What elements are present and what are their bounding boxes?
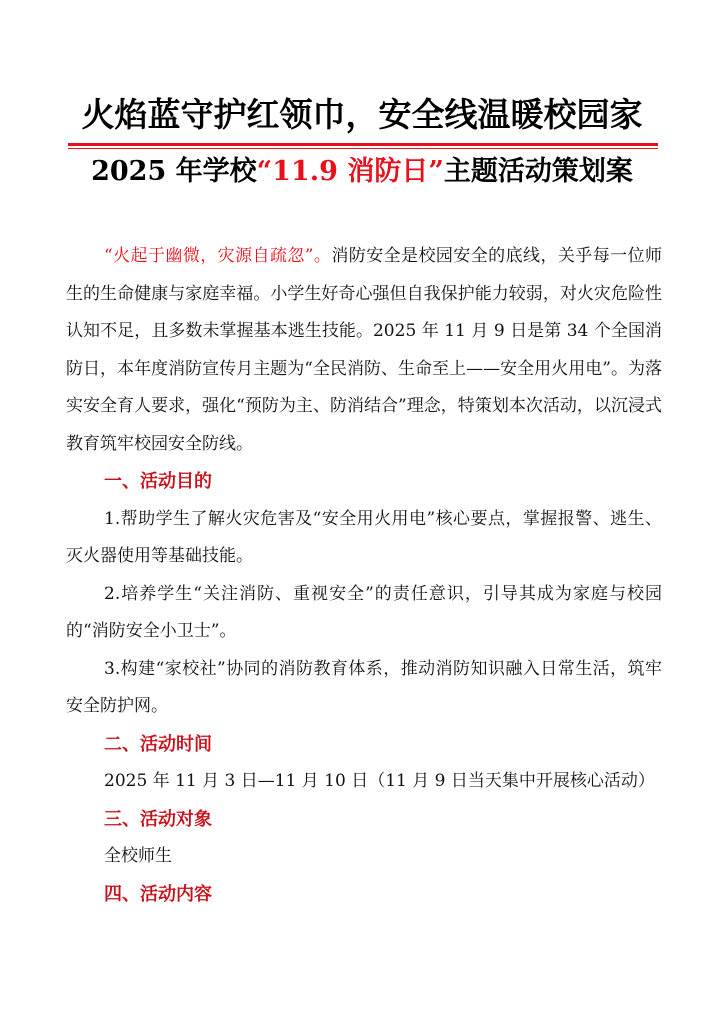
intro-quote: “火起于幽微，灾源自疏忽”。: [104, 246, 331, 266]
section-heading-content: 四、活动内容: [66, 876, 662, 914]
subtitle-highlight: “11.9 消防日”: [257, 156, 444, 187]
activity-time-text: 2025 年 11 月 3 日—11 月 10 日（11 月 9 日当天集中开展…: [66, 763, 662, 801]
section-heading-time: 二、活动时间: [66, 726, 662, 764]
purpose-item-2: 2.培养学生“关注消防、重视安全”的责任意识，引导其成为家庭与校园的“消防安全小…: [66, 576, 662, 651]
section-heading-audience: 三、活动对象: [66, 801, 662, 839]
intro-text: 消防安全是校园安全的底线，关乎每一位师生的生命健康与家庭幸福。小学生好奇心强但自…: [66, 246, 662, 454]
document-page: 火焰蓝守护红领巾，安全线温暖校园家 2025 年学校“11.9 消防日”主题活动…: [0, 0, 724, 1024]
document-body: “火起于幽微，灾源自疏忽”。消防安全是校园安全的底线，关乎每一位师生的生命健康与…: [66, 238, 662, 913]
document-subtitle: 2025 年学校“11.9 消防日”主题活动策划案: [66, 152, 658, 192]
activity-audience-text: 全校师生: [66, 838, 662, 876]
subtitle-prefix: 2025 年学校: [91, 156, 257, 187]
title-divider-thick: [68, 143, 658, 146]
document-title: 火焰蓝守护红领巾，安全线温暖校园家: [66, 92, 658, 138]
purpose-item-3: 3.构建“家校社”协同的消防教育体系，推动消防知识融入日常生活，筑牢安全防护网。: [66, 651, 662, 726]
title-divider-thin: [68, 148, 658, 149]
purpose-item-1: 1.帮助学生了解火灾危害及“安全用火用电”核心要点，掌握报警、逃生、灭火器使用等…: [66, 501, 662, 576]
intro-paragraph: “火起于幽微，灾源自疏忽”。消防安全是校园安全的底线，关乎每一位师生的生命健康与…: [66, 238, 662, 463]
section-heading-purpose: 一、活动目的: [66, 463, 662, 501]
subtitle-suffix: 主题活动策划案: [444, 156, 633, 187]
